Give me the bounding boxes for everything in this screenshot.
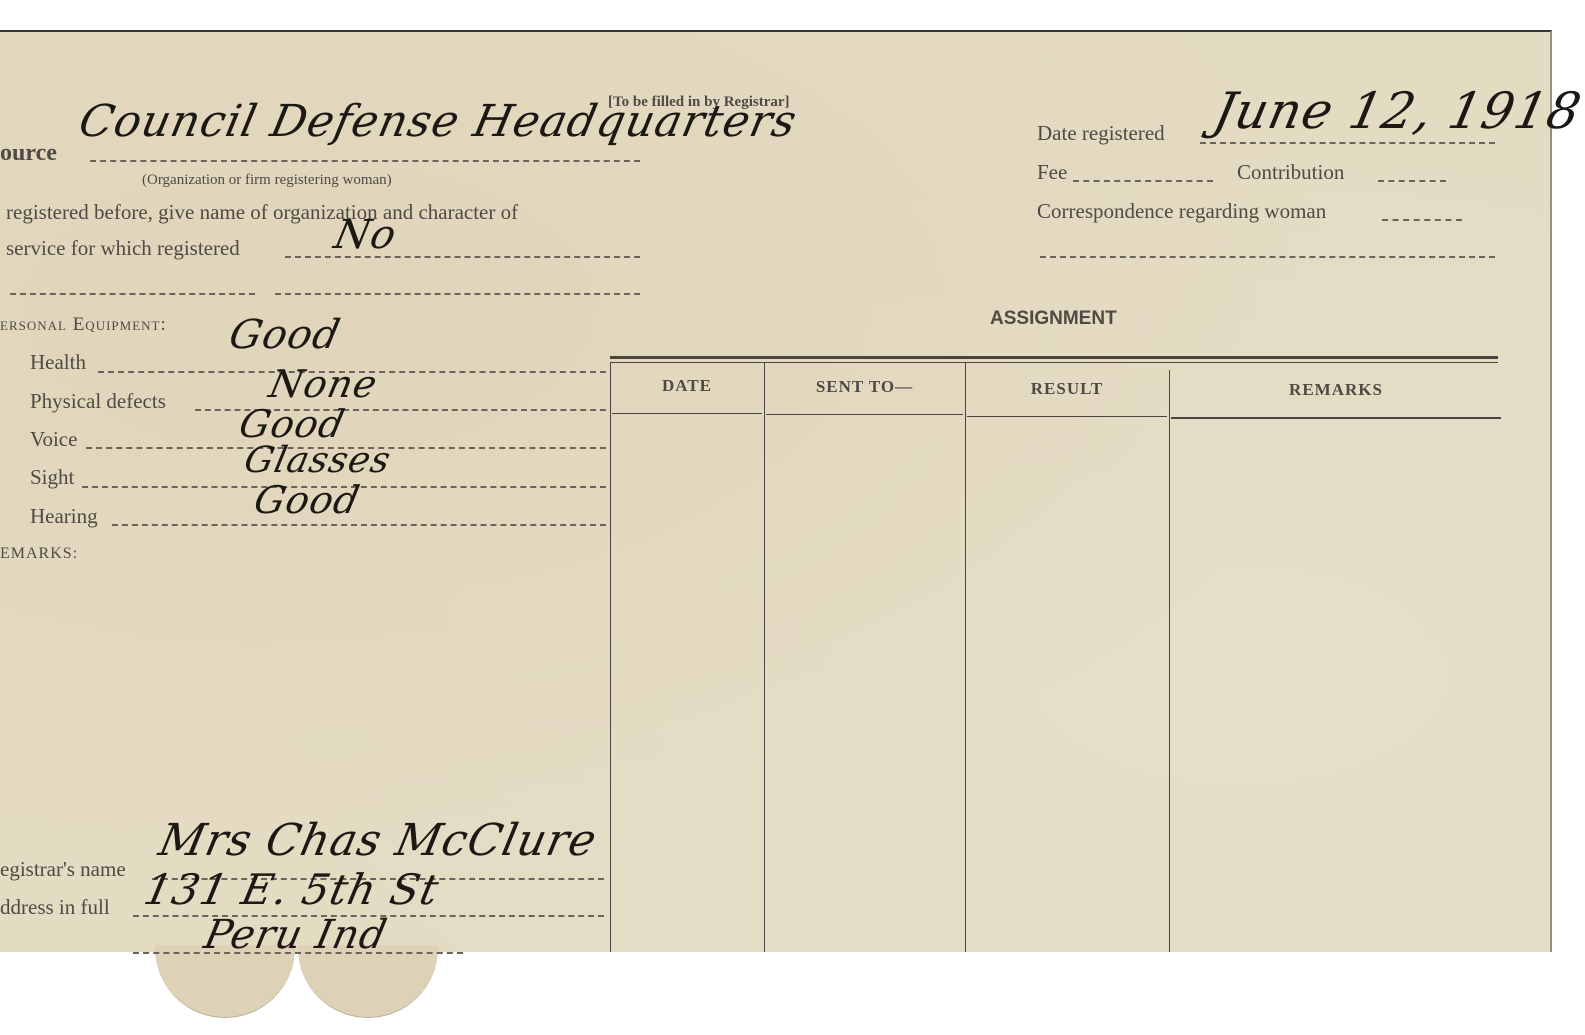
col-header-remarks: REMARKS	[1171, 380, 1501, 400]
col-header-result: RESULT	[967, 379, 1167, 399]
header-rule-result	[967, 416, 1167, 417]
fee-line[interactable]	[1073, 180, 1213, 182]
date-registered-line	[1200, 142, 1495, 144]
health-value[interactable]: Good	[225, 312, 345, 358]
remarks-label: EMARKS:	[0, 545, 78, 563]
fee-label: Fee	[1037, 160, 1067, 185]
header-rule-date	[612, 413, 762, 414]
date-registered-label: Date registered	[1037, 121, 1165, 146]
correspondence-line[interactable]	[1382, 219, 1462, 221]
sight-label: Sight	[30, 465, 74, 490]
source-value[interactable]: Council Defense Headquarters	[75, 96, 802, 147]
sight-value[interactable]: Glasses	[241, 440, 395, 481]
contribution-label: Contribution	[1237, 160, 1344, 185]
table-left-border	[610, 362, 611, 952]
assignment-top-rule-thin	[610, 362, 1498, 363]
registered-before-value[interactable]: No	[330, 212, 401, 258]
hearing-label: Hearing	[30, 504, 98, 529]
physical-defects-value[interactable]: None	[265, 362, 381, 406]
header-rule-sent-to	[766, 414, 963, 415]
registrar-name-label: egistrar's name	[0, 857, 126, 882]
physical-defects-label: Physical defects	[30, 389, 166, 414]
hearing-line	[112, 524, 606, 526]
assignment-title: ASSIGNMENT	[990, 308, 1117, 330]
address-value-line1[interactable]: 131 E. 5th St	[140, 865, 444, 914]
col-divider-2	[965, 362, 966, 952]
assignment-top-rule	[610, 356, 1498, 359]
source-field-line	[90, 160, 640, 162]
header-rule-remarks	[1171, 417, 1501, 419]
correspondence-label: Correspondence regarding woman	[1037, 199, 1326, 224]
registered-before-label-2: service for which registered	[6, 236, 240, 261]
col-header-date: DATE	[612, 376, 762, 396]
col-header-sent-to: SENT TO—	[766, 377, 963, 397]
date-registered-value[interactable]: June 12, 1918	[1209, 82, 1585, 140]
col-divider-1	[764, 362, 765, 952]
source-caption: (Organization or firm registering woman)	[142, 172, 392, 189]
personal-equipment-heading: ersonal Equipment:	[0, 314, 167, 336]
address-value-line2[interactable]: Peru Ind	[200, 912, 391, 958]
registered-before-label: registered before, give name of organiza…	[6, 200, 518, 225]
contribution-line[interactable]	[1378, 180, 1446, 182]
voice-label: Voice	[30, 427, 77, 452]
correspondence-line-2[interactable]	[1040, 256, 1495, 258]
hearing-value[interactable]: Good	[250, 478, 364, 522]
blank-line-a	[10, 293, 255, 295]
health-label: Health	[30, 350, 86, 375]
source-label: ource	[0, 140, 57, 167]
blank-line-b	[275, 293, 640, 295]
col-divider-3	[1169, 370, 1170, 952]
registrar-name-value[interactable]: Mrs Chas McClure	[155, 815, 602, 866]
address-label: ddress in full	[0, 895, 110, 920]
